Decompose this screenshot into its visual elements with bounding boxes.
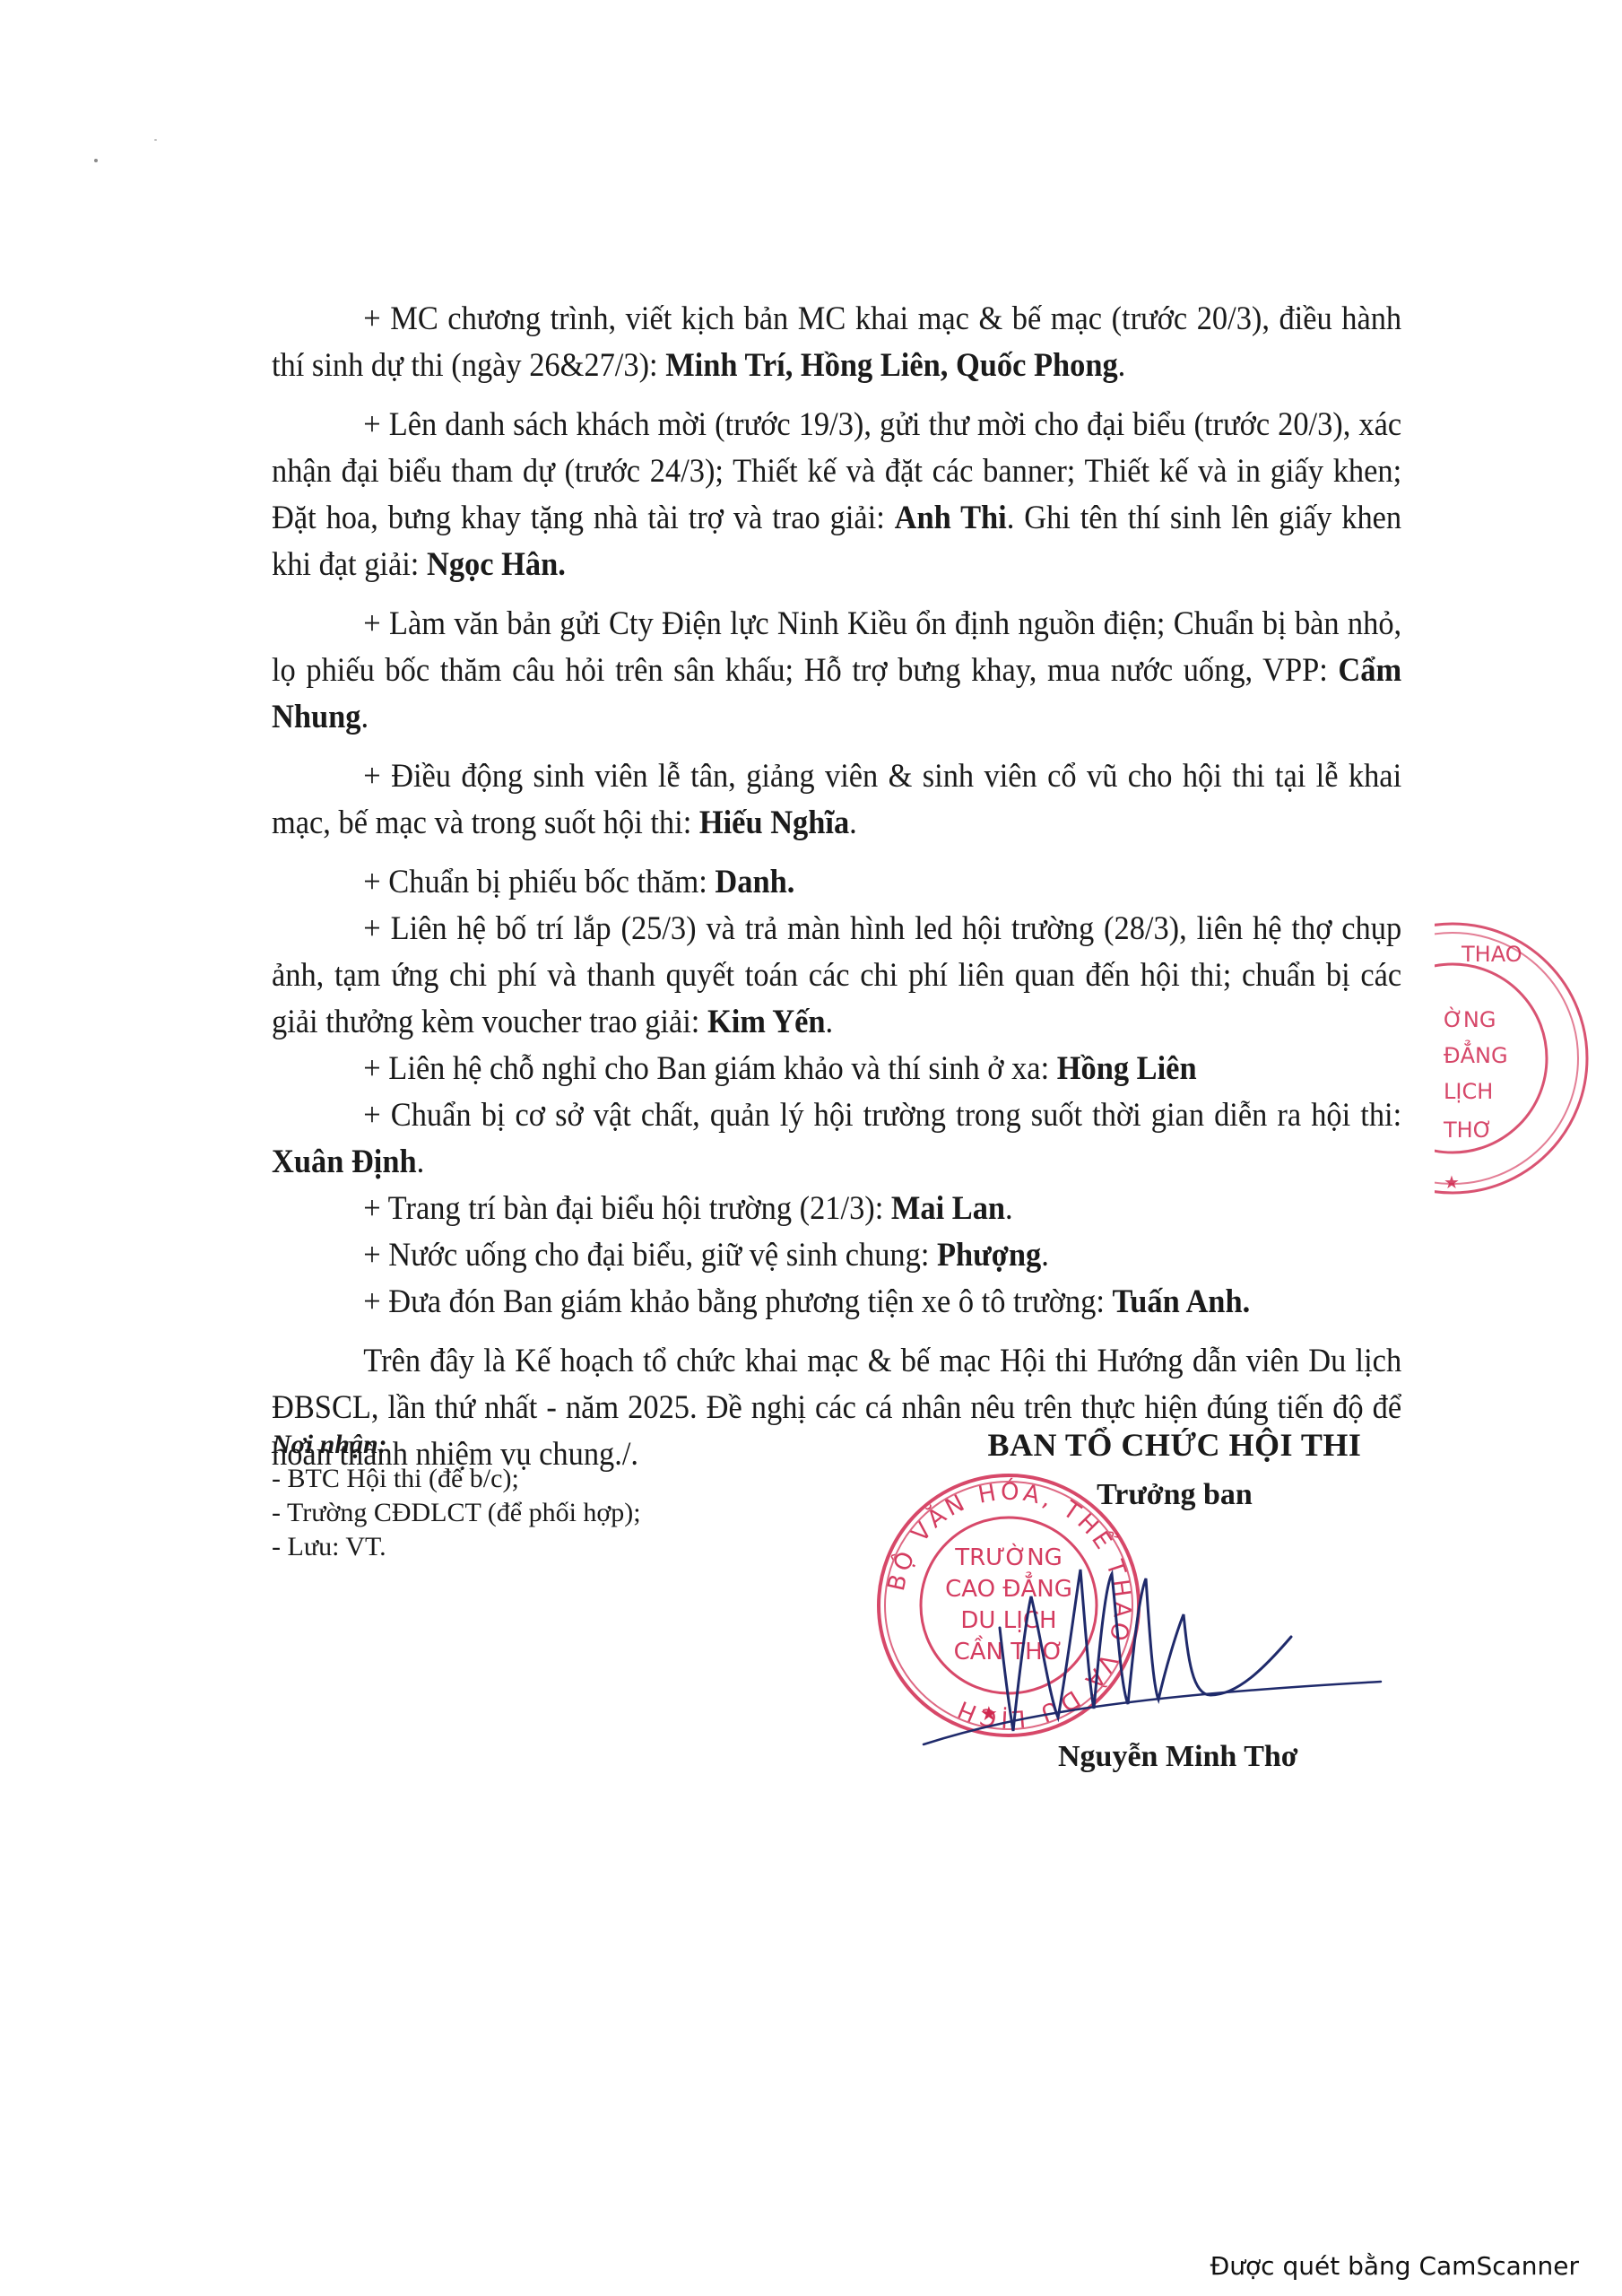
recipient-item: - Trường CĐDLCT (để phối hợp); bbox=[272, 1496, 641, 1530]
camscanner-watermark: Được quét bằng CamScanner bbox=[1210, 2251, 1579, 2281]
scan-speck bbox=[154, 139, 157, 141]
svg-text:THƠ: THƠ bbox=[1443, 1118, 1493, 1143]
task-item: + Liên hệ bố trí lắp (25/3) và trả màn h… bbox=[272, 906, 1401, 1046]
task-item: + Trang trí bàn đại biểu hội trường (21/… bbox=[272, 1186, 1401, 1232]
svg-text:ĐẲNG: ĐẲNG bbox=[1444, 1039, 1508, 1068]
recipient-item: - Lưu: VT. bbox=[272, 1530, 641, 1564]
task-item: + Lên danh sách khách mời (trước 19/3), … bbox=[272, 402, 1401, 588]
task-item: + Chuẩn bị cơ sở vật chất, quản lý hội t… bbox=[272, 1092, 1401, 1186]
task-item: + Liên hệ chỗ nghỉ cho Ban giám khảo và … bbox=[272, 1046, 1401, 1092]
task-item: + Điều động sinh viên lễ tân, giảng viên… bbox=[272, 753, 1401, 847]
margin-seal-icon: THAO ỜNG ĐẲNG LỊCH THƠ ★ bbox=[1435, 915, 1614, 1211]
scanned-document-page: + MC chương trình, viết kịch bản MC khai… bbox=[0, 0, 1622, 2296]
svg-text:THAO: THAO bbox=[1461, 942, 1522, 967]
svg-text:LỊCH: LỊCH bbox=[1444, 1079, 1493, 1104]
task-item: + Nước uống cho đại biểu, giữ vệ sinh ch… bbox=[272, 1232, 1401, 1279]
task-item: + Chuẩn bị phiếu bốc thăm: Danh. bbox=[272, 859, 1401, 906]
task-item: + MC chương trình, viết kịch bản MC khai… bbox=[272, 296, 1401, 389]
task-assignment-list: + MC chương trình, viết kịch bản MC khai… bbox=[272, 296, 1401, 1491]
handwritten-signature-icon bbox=[915, 1561, 1417, 1749]
task-item: + Làm văn bản gửi Cty Điện lực Ninh Kiều… bbox=[272, 601, 1401, 741]
task-item: + Đưa đón Ban giám khảo bằng phương tiện… bbox=[272, 1279, 1401, 1326]
signer-name: Nguyễn Minh Thơ bbox=[1058, 1740, 1298, 1774]
svg-text:★: ★ bbox=[1444, 1171, 1460, 1193]
recipient-item: - BTC Hội thi (để b/c); bbox=[272, 1462, 641, 1496]
recipients-title: Nơi nhận: bbox=[272, 1428, 641, 1462]
recipients-block: Nơi nhận: - BTC Hội thi (để b/c); - Trườ… bbox=[272, 1428, 641, 1564]
svg-text:ỜNG: ỜNG bbox=[1444, 1005, 1496, 1032]
organization-title: BAN TỔ CHỨC HỘI THI bbox=[932, 1424, 1417, 1465]
scan-speck bbox=[94, 159, 98, 162]
